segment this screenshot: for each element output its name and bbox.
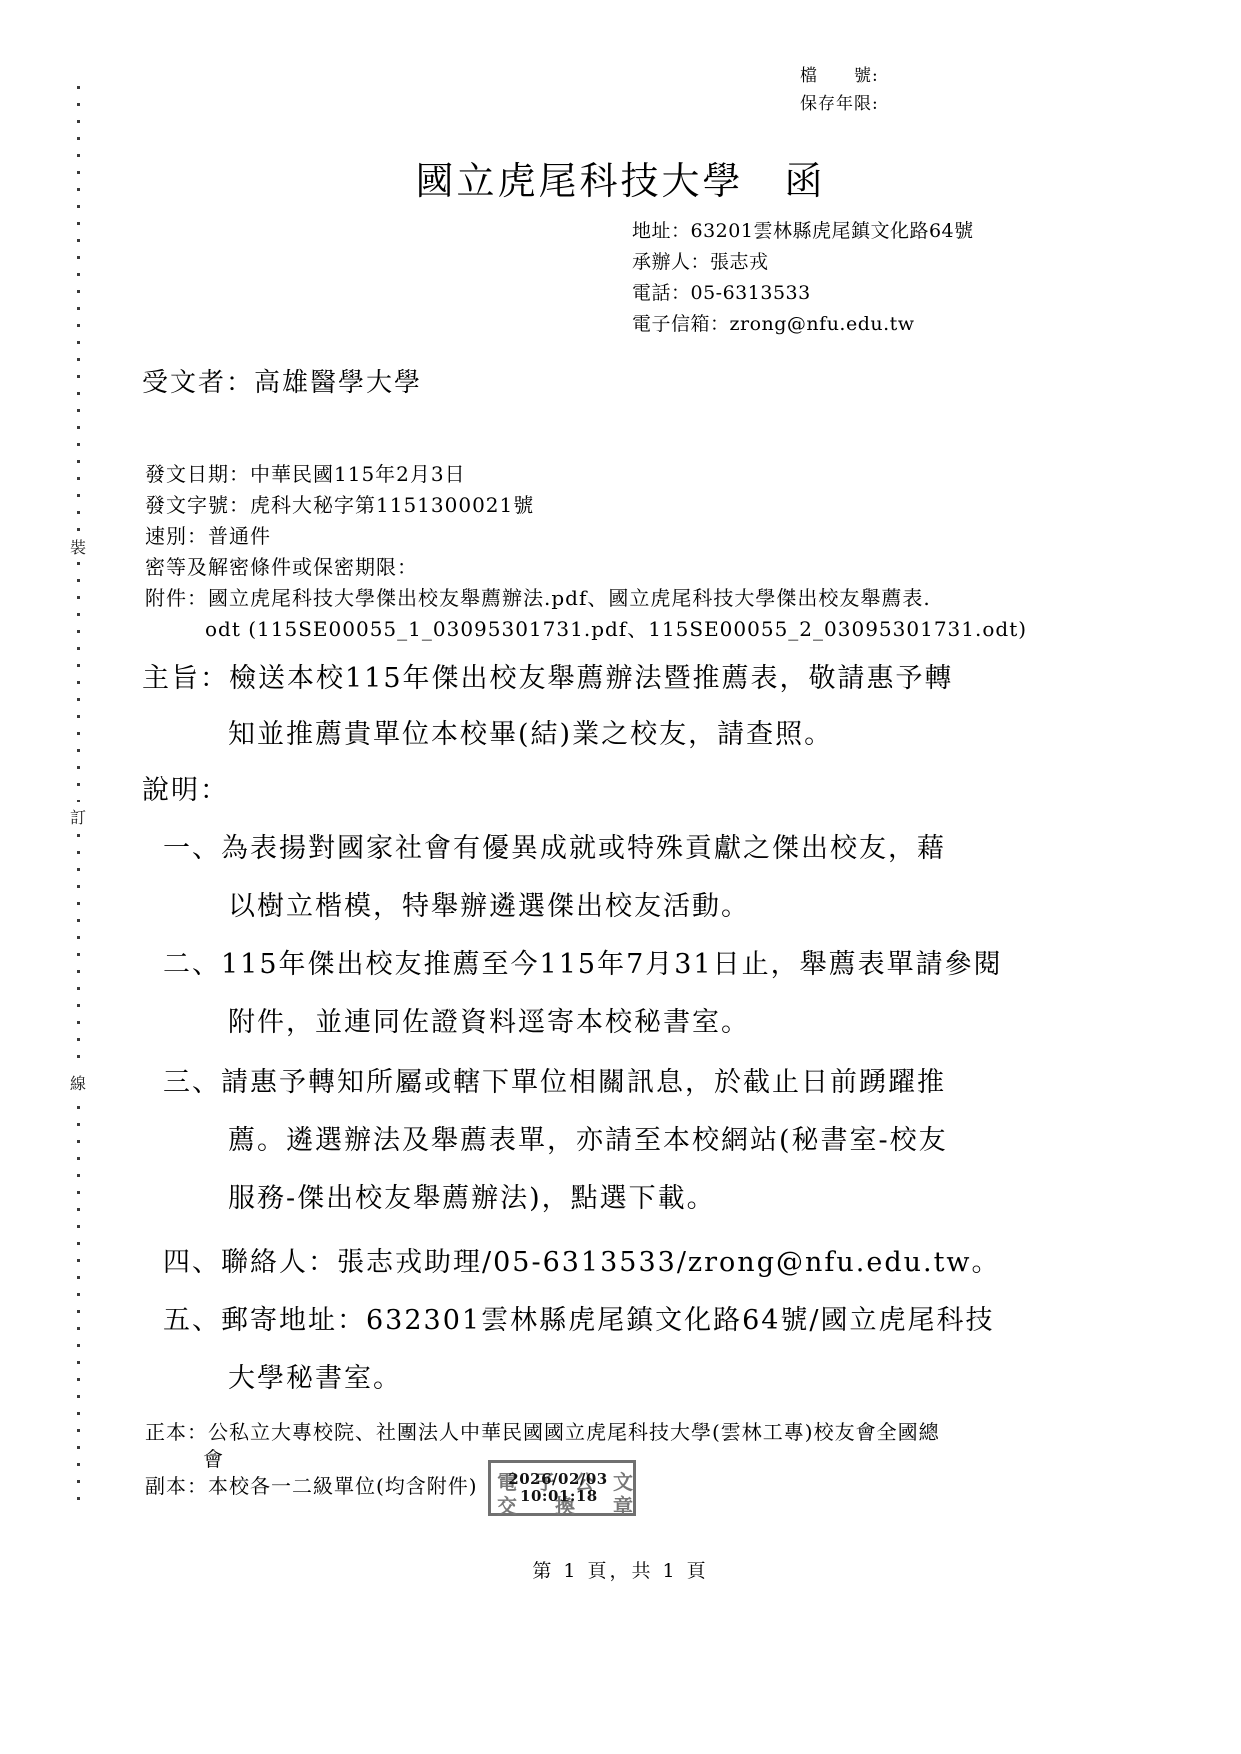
sender-phone: 電話：05-6313533 <box>632 278 974 309</box>
item-5-line-2: 大學秘書室。 <box>228 1356 402 1395</box>
item-3-line-1: 三、請惠予轉知所屬或轄下單位相關訊息，於截止日前踴躍推 <box>163 1060 946 1099</box>
item-2-line-1: 二、115年傑出校友推薦至今115年7月31日止，舉薦表單請參閱 <box>163 942 1003 981</box>
item-2-line-2: 附件，並連同佐證資料逕寄本校秘書室。 <box>228 1000 750 1039</box>
page-number-footer: 第 1 頁，共 1 頁 <box>0 1556 1241 1583</box>
retention-period-label: 保存年限: <box>800 90 879 118</box>
doc-number-line: 發文字號：虎科大秘字第1151300021號 <box>145 489 534 518</box>
original-copy-line-1: 正本：公私立大專校院、社團法人中華民國國立虎尾科技大學(雲林工專)校友會全國總 <box>145 1416 940 1445</box>
stamp-char: 章 <box>613 1490 633 1519</box>
e-doc-exchange-stamp: 電 子 公 文 交 換 章 2026/02/03 10:01:18 <box>488 1460 636 1516</box>
stamp-date: 2026/02/03 <box>508 1470 607 1488</box>
file-number-block: 檔 號: 保存年限: <box>800 62 879 118</box>
sender-email: 電子信箱：zrong@nfu.edu.tw <box>632 309 974 340</box>
subject-line-2: 知並推薦貴單位本校畢(結)業之校友，請查照。 <box>228 712 833 751</box>
document-page: 裝 訂 線 檔 號: 保存年限: 國立虎尾科技大學 函 地址：63201雲林縣虎… <box>0 0 1241 1754</box>
binding-mark-ding: 訂 <box>66 802 90 831</box>
attachment-line-1: 附件：國立虎尾科技大學傑出校友舉薦辦法.pdf、國立虎尾科技大學傑出校友舉薦表. <box>145 582 931 611</box>
item-4-line-1: 四、聯絡人：張志戎助理/05-6313533/zrong@nfu.edu.tw。 <box>163 1240 1001 1279</box>
item-5-line-1: 五、郵寄地址：632301雲林縣虎尾鎮文化路64號/國立虎尾科技 <box>163 1298 995 1337</box>
recipient-line: 受文者：高雄醫學大學 <box>142 362 422 399</box>
sender-info-block: 地址：63201雲林縣虎尾鎮文化路64號 承辦人：張志戎 電話：05-63135… <box>632 216 974 340</box>
stamp-char: 交 <box>497 1490 517 1519</box>
item-1-line-2: 以樹立楷模，特舉辦遴選傑出校友活動。 <box>228 884 750 923</box>
binding-mark-zhuang: 裝 <box>66 532 90 561</box>
sender-address: 地址：63201雲林縣虎尾鎮文化路64號 <box>632 216 974 247</box>
subject-line-1: 主旨：檢送本校115年傑出校友舉薦辦法暨推薦表，敬請惠予轉 <box>142 656 954 695</box>
explanation-heading: 說明： <box>142 768 229 807</box>
item-3-line-3: 服務-傑出校友舉薦辦法)，點選下載。 <box>228 1176 716 1215</box>
sender-contact: 承辦人：張志戎 <box>632 247 974 278</box>
original-copy-line-2: 會 <box>203 1443 224 1472</box>
item-1-line-1: 一、為表揚對國家社會有優異成就或特殊貢獻之傑出校友，藉 <box>163 826 946 865</box>
issue-date-line: 發文日期：中華民國115年2月3日 <box>145 458 466 487</box>
stamp-time: 10:01:18 <box>520 1487 598 1505</box>
file-number-label: 檔 號: <box>800 62 879 90</box>
binding-mark-xian: 線 <box>66 1068 90 1097</box>
document-title: 國立虎尾科技大學 函 <box>0 150 1241 205</box>
item-3-line-2: 薦。遴選辦法及舉薦表單，亦請至本校網站(秘書室-校友 <box>228 1118 948 1157</box>
speed-line: 速別：普通件 <box>145 520 271 549</box>
cc-copy-line: 副本：本校各一二級單位(均含附件) <box>145 1470 478 1499</box>
binding-dotted-line <box>77 86 80 1506</box>
attachment-line-2: odt (115SE00055_1_03095301731.pdf、115SE0… <box>205 613 1027 642</box>
security-line: 密等及解密條件或保密期限： <box>145 551 418 580</box>
